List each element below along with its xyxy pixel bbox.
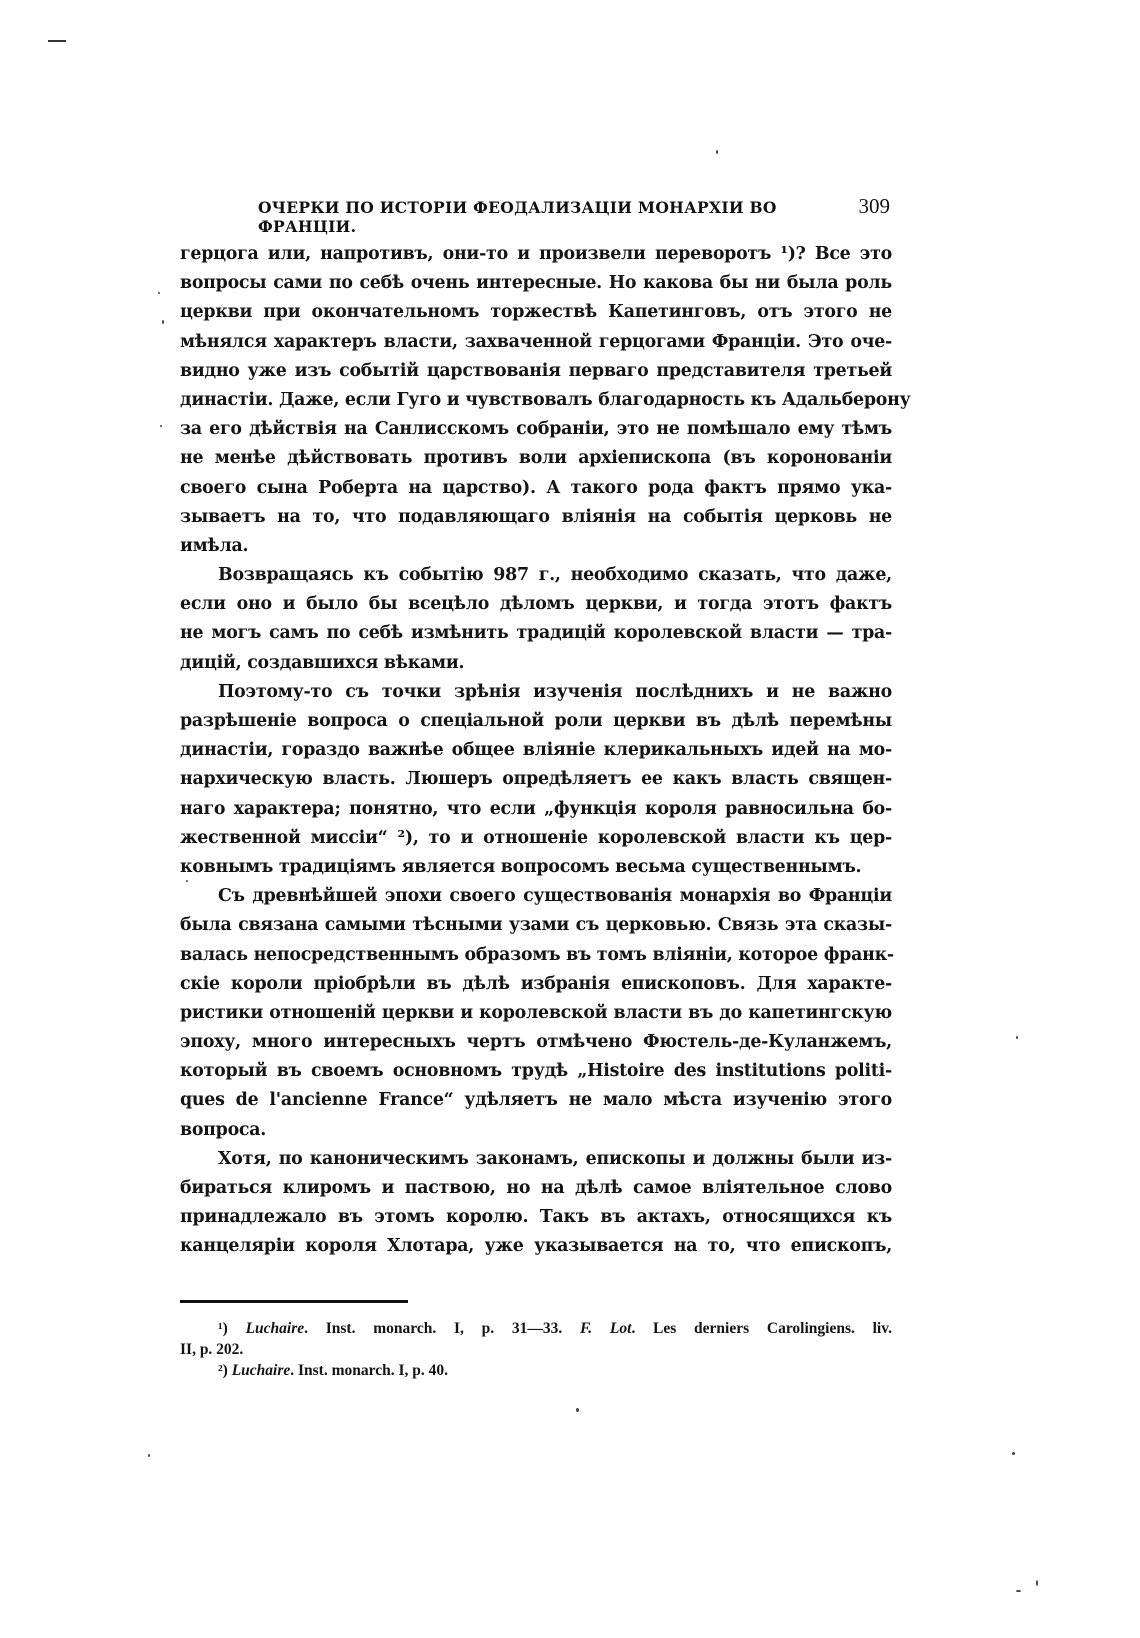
text-line: ристики отношеній церкви и королевской в… [180, 999, 892, 1028]
text-line: вопросы сами по себѣ очень интересные. Н… [180, 269, 892, 298]
text-line: принадлежало въ этомъ королю. Такъ въ ак… [180, 1203, 892, 1232]
text-line: видно уже изъ событій царствованія перва… [180, 357, 892, 386]
text-line: мѣнялся характеръ власти, захваченной ге… [180, 328, 892, 357]
footnote-separator [180, 1300, 408, 1303]
text-line: жественной миссіи“ ²), то и отношеніе ко… [180, 824, 892, 853]
text-line: своего сына Роберта на царство). А таког… [180, 474, 892, 503]
text-line: Поэтому-то съ точки зрѣнія изученія посл… [180, 678, 892, 707]
text-line: династіи, гораздо важнѣе общее вліяніе к… [180, 736, 892, 765]
text-line: эпоху, много интересныхъ чертъ отмѣчено … [180, 1028, 892, 1057]
text-line: Съ древнѣйшей эпохи своего существованія… [180, 882, 892, 911]
scan-speck [1016, 1590, 1021, 1592]
text-line: Хотя, по каноническимъ законамъ, епископ… [180, 1145, 892, 1174]
text-line: была связана самыми тѣсными узами съ цер… [180, 911, 892, 940]
footnote-1-continuation: II, p. 202. [180, 1339, 892, 1360]
scan-speck [1016, 1036, 1018, 1039]
text-line: канцеляріи короля Хлотара, уже указывает… [180, 1232, 892, 1261]
footnote-2: ²) Luchaire. Inst. monarch. I, p. 40. [180, 1360, 892, 1381]
text-line: дицій, создавшихся вѣками. [180, 649, 892, 678]
scan-speck [576, 1408, 579, 1412]
text-line: герцога или, напротивъ, они-то и произве… [180, 240, 892, 269]
text-line: который въ своемъ основномъ трудѣ „Histo… [180, 1057, 892, 1086]
text-line: династіи. Даже, если Гуго и чувствовалъ … [180, 386, 892, 415]
text-line: за его дѣйствія на Санлисскомъ собраніи,… [180, 415, 892, 444]
scan-speck [158, 292, 160, 294]
page-number: 309 [859, 194, 891, 219]
book-page: ОЧЕРКИ ПО ИСТОРІИ ФЕОДАЛИЗАЦІИ МОНАРХІИ … [0, 0, 1140, 1638]
running-title: ОЧЕРКИ ПО ИСТОРІИ ФЕОДАЛИЗАЦІИ МОНАРХІИ … [258, 198, 859, 236]
text-line: зываетъ на то, что подавляющаго вліянія … [180, 503, 892, 532]
text-line: скіе короли пріобрѣли въ дѣлѣ избранія е… [180, 970, 892, 999]
body-text: герцога или, напротивъ, они-то и произве… [180, 240, 892, 1262]
scan-speck [1012, 1452, 1015, 1455]
text-line: валась непосредственнымъ образомъ въ том… [180, 941, 892, 970]
text-line: если оно и было бы всецѣло дѣломъ церкви… [180, 590, 892, 619]
footnote-author: F. Lot [580, 1320, 631, 1337]
footnotes: ¹) Luchaire. Inst. monarch. I, p. 31—33.… [180, 1318, 892, 1381]
text-line: бираться клиромъ и паствою, но на дѣлѣ с… [180, 1174, 892, 1203]
footnote-1: ¹) Luchaire. Inst. monarch. I, p. 31—33.… [180, 1318, 892, 1339]
scan-speck [160, 425, 162, 427]
text-line: наго характера; понятно, что если „функц… [180, 795, 892, 824]
scan-speck [186, 880, 188, 882]
text-line: не менѣе дѣйствовать противъ воли архіеп… [180, 444, 892, 473]
text-line: имѣла. [180, 532, 892, 561]
text-line: ковнымъ традиціямъ является вопросомъ ве… [180, 853, 892, 882]
text-line: ques de l'ancienne France“ удѣляетъ не м… [180, 1086, 892, 1115]
footnote-author: Luchaire [232, 1362, 291, 1379]
text-line: разрѣшеніе вопроса о спеціальной роли це… [180, 707, 892, 736]
scan-speck [1036, 1580, 1038, 1586]
text-line: нархическую власть. Люшеръ опредѣляетъ е… [180, 765, 892, 794]
scan-speck [162, 320, 164, 324]
text-line: Возвращаясь къ событію 987 г., необходим… [180, 561, 892, 590]
footnote-author: Luchaire [246, 1320, 305, 1337]
text-line: не могъ самъ по себѣ измѣнить традицій к… [180, 619, 892, 648]
page-header: ОЧЕРКИ ПО ИСТОРІИ ФЕОДАЛИЗАЦІИ МОНАРХІИ … [258, 194, 890, 236]
scan-mark [48, 40, 66, 42]
scan-speck [716, 150, 718, 154]
text-line: церкви при окончательномъ торжествѣ Капе… [180, 298, 892, 327]
scan-speck [148, 1454, 150, 1457]
text-line: вопроса. [180, 1116, 892, 1145]
